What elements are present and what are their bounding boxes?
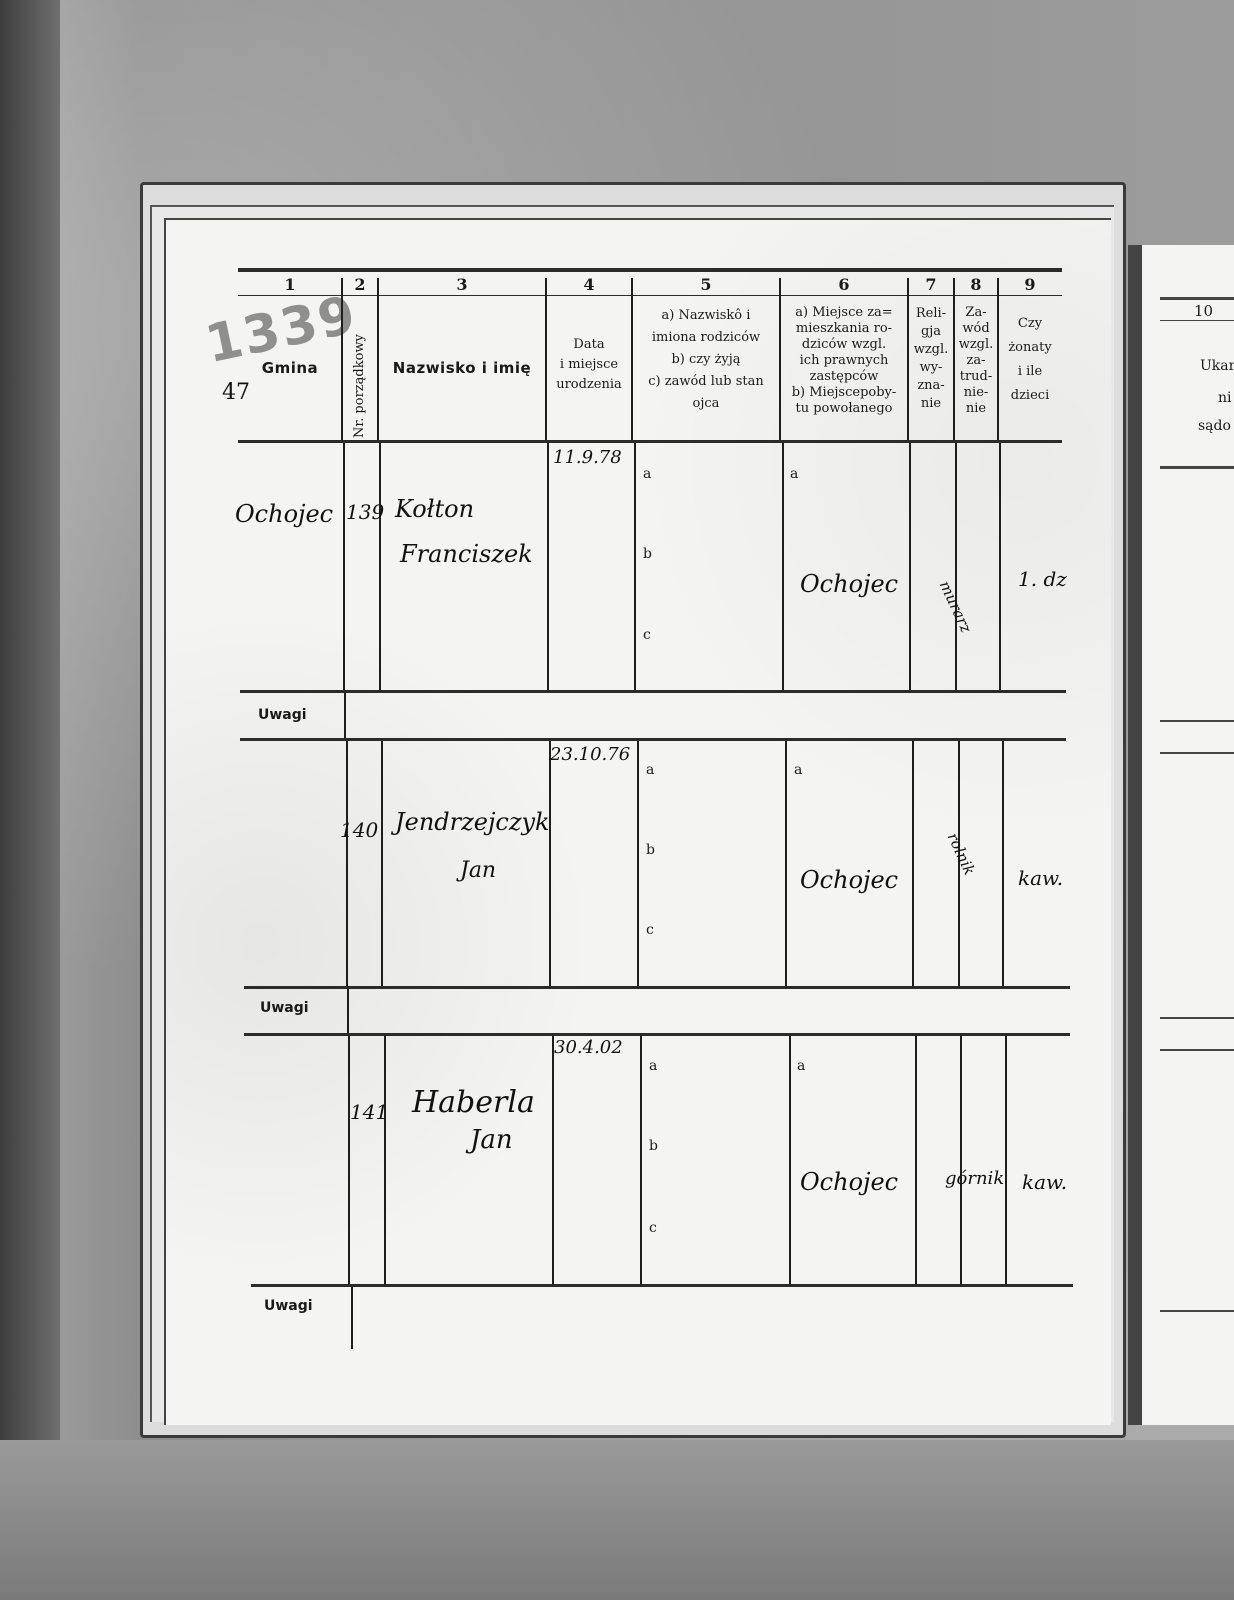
background-shadow: [0, 0, 60, 1600]
entry-birth-date: 11.9.78: [553, 447, 622, 468]
grid-line: [779, 278, 781, 440]
header-line: wód: [954, 321, 998, 337]
column-number-9: 9: [998, 275, 1062, 294]
adjacent-rule: [1160, 320, 1234, 321]
adjacent-rule: [1160, 720, 1234, 722]
header-nr-porzadkowy: Nr. porządkowy: [352, 334, 367, 438]
header-line: gja: [908, 323, 954, 341]
adjacent-col-number: 10: [1194, 302, 1213, 320]
grid-line: [343, 443, 345, 691]
header-line: a) Miejsce za=: [780, 305, 908, 321]
adjacent-header-line-2: ni: [1218, 390, 1232, 406]
grid-line: [381, 741, 383, 986]
grid-line: [347, 989, 349, 1033]
grid-line: [999, 443, 1001, 691]
column-number-2: 2: [342, 275, 378, 294]
grid-line: [997, 278, 999, 440]
grid-line: [960, 1036, 962, 1284]
entry-married-children: kaw.: [1022, 1170, 1067, 1194]
grid-line: [346, 741, 348, 986]
entry-married-children: 1. dz: [1018, 567, 1067, 591]
grid-line: [549, 741, 551, 986]
sub-label-a: a: [643, 466, 651, 482]
remarks-label: Uwagi: [260, 1000, 309, 1016]
grid-line: [341, 278, 343, 440]
header-line: mieszkania ro-: [780, 321, 908, 337]
grid-line: [637, 741, 639, 986]
column-number-7: 7: [908, 275, 954, 294]
entry-gmina: Ochojec: [235, 500, 333, 528]
entry-residence: Ochojec: [800, 866, 898, 894]
row-rule: [240, 690, 1066, 693]
entry-surname: Haberla: [412, 1085, 535, 1120]
adjacent-rule: [1160, 466, 1234, 469]
header-line: dzieci: [998, 384, 1062, 408]
header-line: za-: [954, 353, 998, 369]
header-top-rule: [238, 268, 1062, 272]
header-line: zna-: [908, 377, 954, 395]
column-number-1: 1: [238, 275, 342, 294]
header-line: ich prawnych: [780, 353, 908, 369]
adjacent-rule: [1160, 1049, 1234, 1051]
header-line: dziców wzgl.: [780, 337, 908, 353]
grid-line: [384, 1036, 386, 1284]
header-married-children: Czy żonaty i ile dzieci: [998, 312, 1062, 408]
entry-surname: Kołton: [395, 495, 474, 523]
grid-line: [782, 443, 784, 691]
header-line: nie-: [954, 385, 998, 401]
grid-line: [955, 443, 957, 691]
sub-label-a: a: [797, 1058, 805, 1074]
sub-label-c: c: [643, 627, 651, 643]
adjacent-rule: [1160, 1017, 1234, 1019]
adjacent-header-line-3: sądo: [1198, 418, 1231, 434]
adjacent-rule: [1160, 297, 1234, 300]
adjacent-rule: [1160, 752, 1234, 754]
grid-line: [552, 1036, 554, 1284]
sub-label-a: a: [794, 762, 802, 778]
entry-married-children: kaw.: [1018, 866, 1063, 890]
header-line: c) zawód lub stan: [632, 371, 780, 393]
sub-label-c: c: [646, 922, 654, 938]
header-occupation: Za- wód wzgl. za- trud- nie- nie: [954, 305, 998, 417]
header-line: a) Nazwiskô i: [632, 305, 780, 327]
entry-given-name: Franciszek: [400, 540, 533, 568]
grid-line: [1002, 741, 1004, 986]
pencil-note: 47: [222, 380, 250, 405]
entry-birth-date: 23.10.76: [550, 744, 630, 765]
header-line: b) czy żyją: [632, 349, 780, 371]
grid-line: [348, 1036, 350, 1284]
grid-line: [640, 1036, 642, 1284]
entry-number: 141: [350, 1100, 388, 1124]
column-number-3: 3: [378, 275, 546, 294]
column-number-rule: [238, 295, 1062, 296]
sub-label-b: b: [643, 546, 652, 562]
grid-line: [344, 693, 346, 738]
entry-birth-date: 30.4.02: [554, 1037, 623, 1058]
column-number-4: 4: [546, 275, 632, 294]
grid-line: [545, 278, 547, 440]
entry-occupation: górnik: [945, 1168, 1004, 1189]
background-table: [0, 1440, 1234, 1600]
grid-line: [785, 741, 787, 986]
header-line: imiona rodziców: [632, 327, 780, 349]
grid-line: [909, 443, 911, 691]
sub-label-a: a: [790, 466, 798, 482]
entry-surname: Jendrzejczyk: [395, 808, 550, 836]
row-rule: [240, 738, 1066, 741]
entry-residence: Ochojec: [800, 570, 898, 598]
adjacent-header-line-1: Ukar: [1200, 358, 1234, 374]
sub-label-a: a: [646, 762, 654, 778]
header-line: nie: [908, 395, 954, 413]
row-rule: [244, 1033, 1070, 1036]
header-line: zastępców: [780, 369, 908, 385]
header-line: Za-: [954, 305, 998, 321]
column-number-6: 6: [780, 275, 908, 294]
row-rule: [251, 1284, 1073, 1287]
header-line: trud-: [954, 369, 998, 385]
header-line: Data: [546, 335, 632, 355]
header-line: wzgl.: [954, 337, 998, 353]
header-line: ojca: [632, 393, 780, 415]
header-line: i miejsce: [546, 355, 632, 375]
grid-line: [1005, 1036, 1007, 1284]
row-rule: [244, 986, 1070, 989]
header-line: i ile: [998, 360, 1062, 384]
grid-line: [915, 1036, 917, 1284]
entry-number: 139: [346, 500, 384, 524]
remarks-label: Uwagi: [264, 1298, 313, 1314]
header-nazwisko-imie: Nazwisko i imię: [378, 360, 546, 376]
grid-line: [953, 278, 955, 440]
sub-label-c: c: [649, 1220, 657, 1236]
header-line: nie: [954, 401, 998, 417]
entry-residence: Ochojec: [800, 1168, 898, 1196]
header-birth-date-place: Data i miejsce urodzenia: [546, 335, 632, 395]
sub-label-b: b: [649, 1138, 658, 1154]
entry-given-name: Jan: [460, 858, 496, 883]
header-bottom-rule: [238, 440, 1062, 443]
grid-line: [912, 741, 914, 986]
grid-line: [631, 278, 633, 440]
grid-line: [789, 1036, 791, 1284]
header-parents: a) Nazwiskô i imiona rodziców b) czy żyj…: [632, 305, 780, 415]
header-residence: a) Miejsce za= mieszkania ro- dziców wzg…: [780, 305, 908, 417]
grid-line: [907, 278, 909, 440]
entry-number: 140: [340, 818, 378, 842]
grid-line: [634, 443, 636, 691]
sub-label-a: a: [649, 1058, 657, 1074]
grid-line: [547, 443, 549, 691]
header-line: wy-: [908, 359, 954, 377]
grid-line: [379, 443, 381, 691]
column-number-5: 5: [632, 275, 780, 294]
grid-line: [377, 278, 379, 440]
header-line: Reli-: [908, 305, 954, 323]
grid-line: [351, 1287, 353, 1349]
adjacent-rule: [1160, 1310, 1234, 1312]
column-number-8: 8: [954, 275, 998, 294]
sub-label-b: b: [646, 842, 655, 858]
header-line: żonaty: [998, 336, 1062, 360]
header-line: tu powołanego: [780, 401, 908, 417]
remarks-label: Uwagi: [258, 707, 307, 723]
header-line: Czy: [998, 312, 1062, 336]
header-gmina: Gmina: [238, 360, 342, 376]
header-line: urodzenia: [546, 375, 632, 395]
header-religion: Reli- gja wzgl. wy- zna- nie: [908, 305, 954, 413]
header-line: wzgl.: [908, 341, 954, 359]
header-line: b) Miejscepoby-: [780, 385, 908, 401]
entry-given-name: Jan: [470, 1125, 513, 1155]
